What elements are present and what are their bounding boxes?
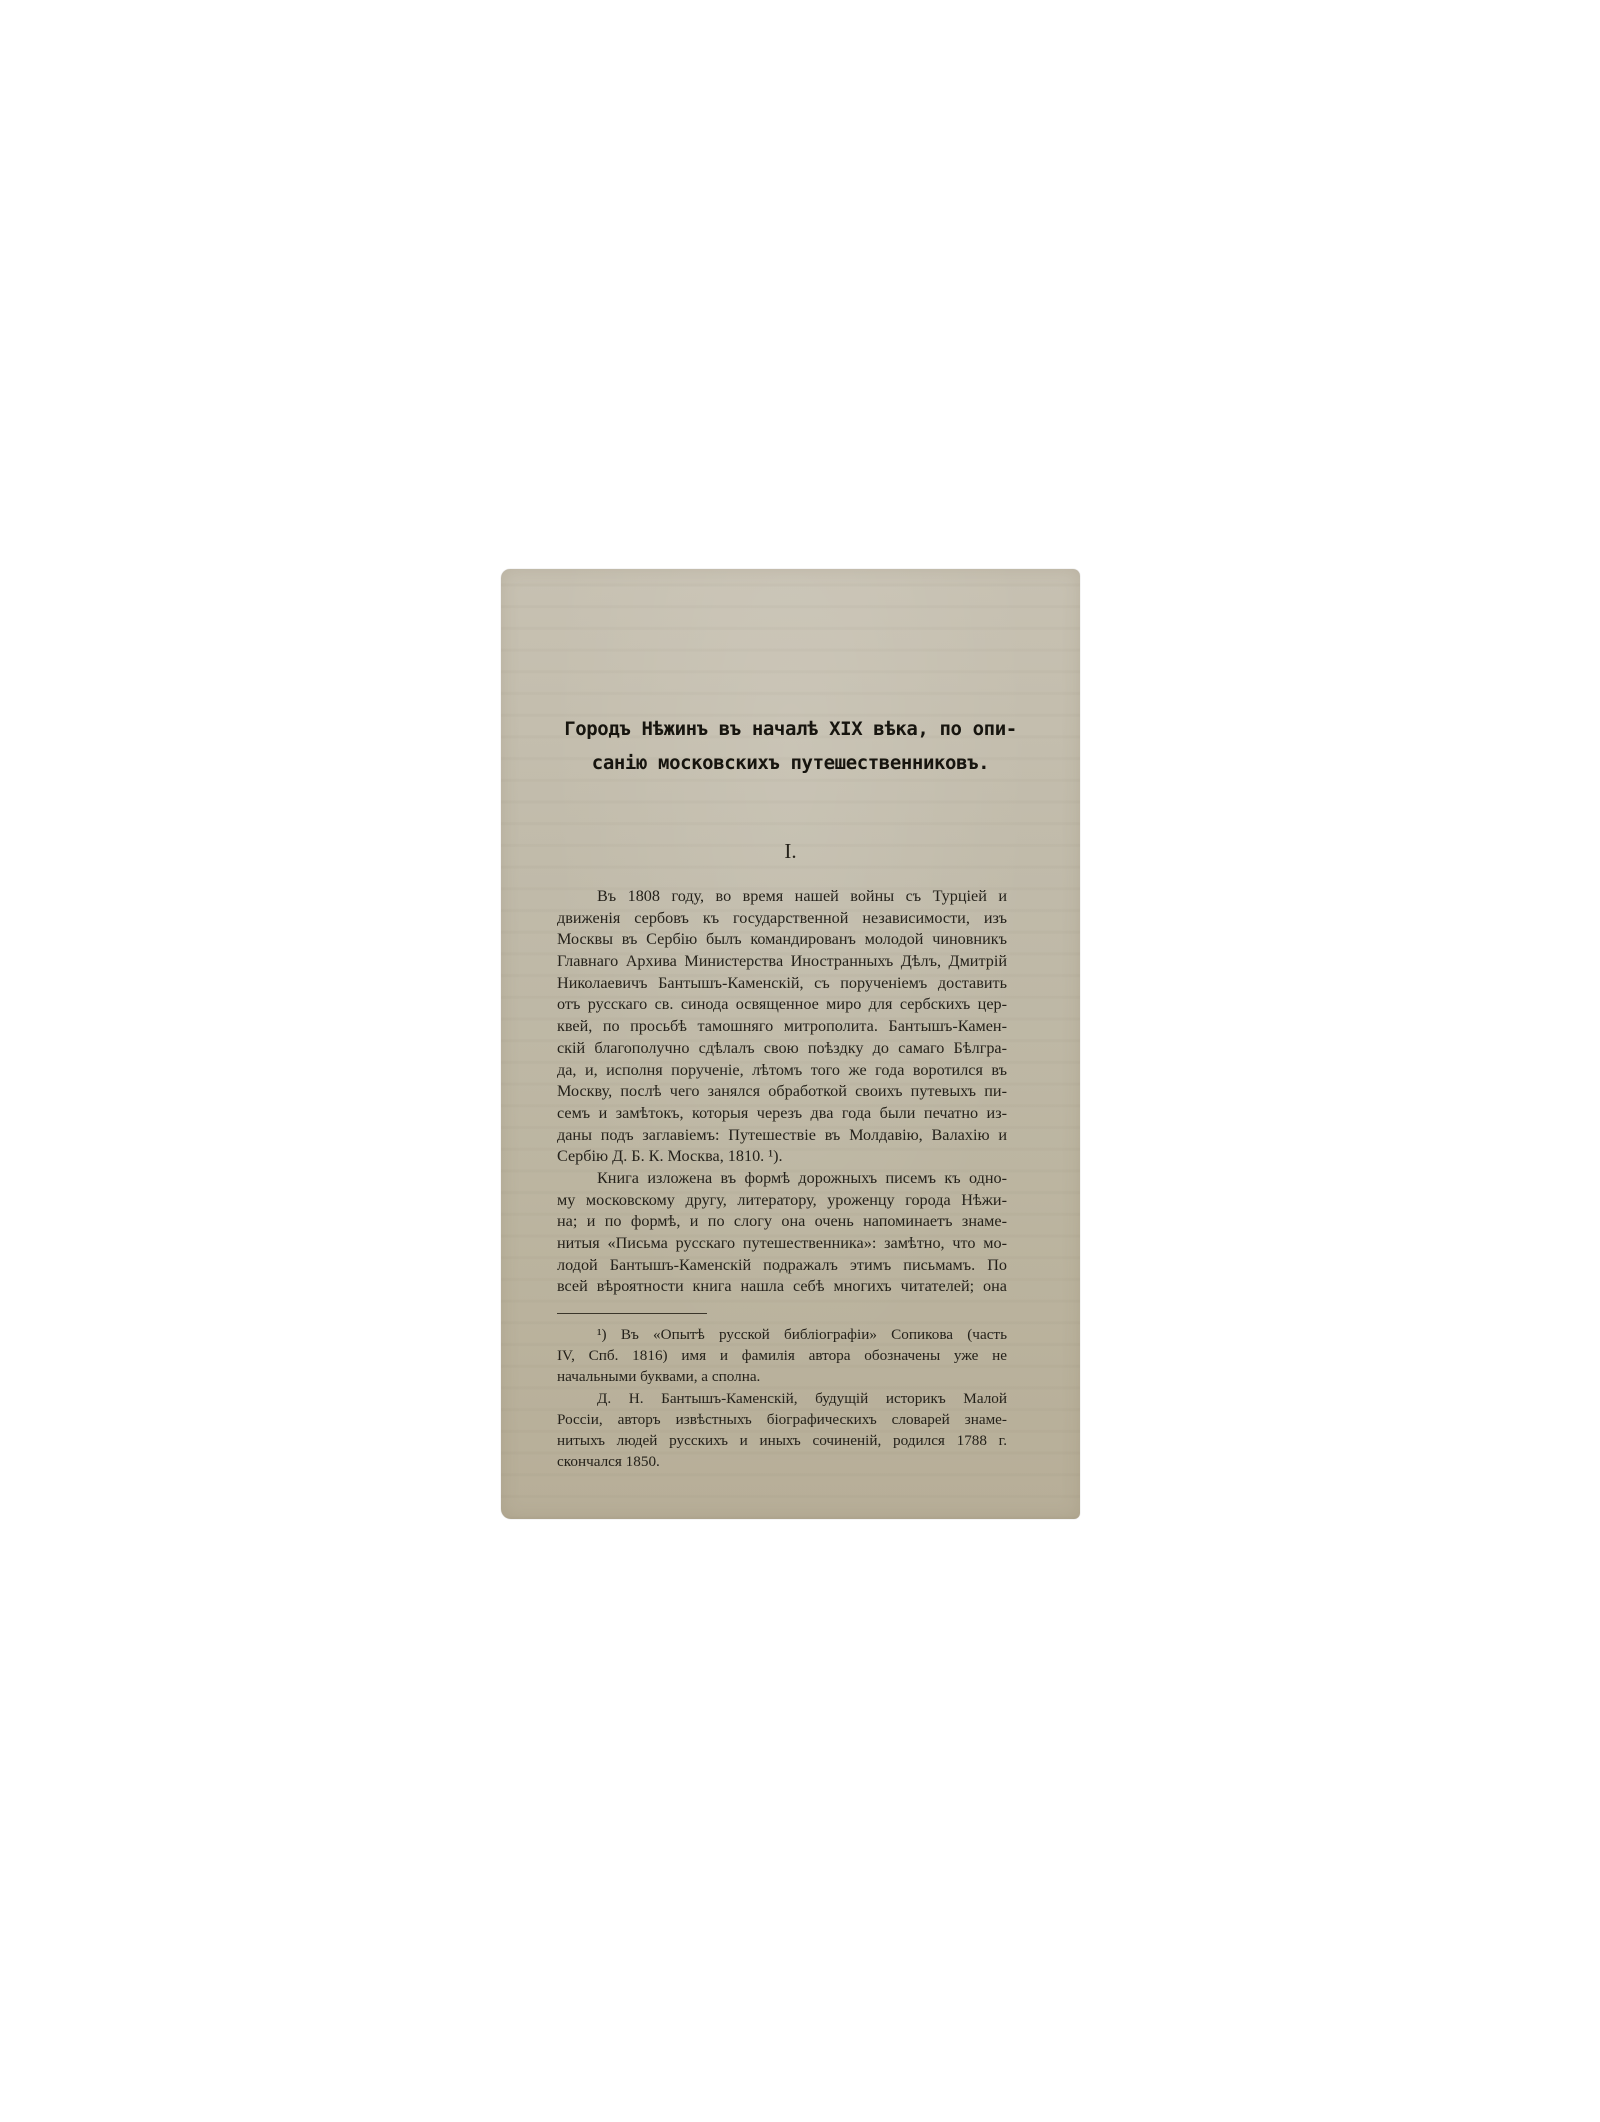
body-line: да, и, исполня порученіе, лѣтомъ того же… (557, 1060, 1007, 1082)
body-line: даны подъ заглавіемъ: Путешествіе въ Мол… (557, 1125, 1007, 1147)
body-line: отъ русскаго св. синода освященное миро … (557, 994, 1007, 1016)
footnote-line: Д. Н. Бантышъ-Каменскій, будущій историк… (557, 1388, 1007, 1409)
footnote-line: скончался 1850. (557, 1451, 1007, 1472)
footnote-line: IV, Спб. 1816) имя и фамилія автора обоз… (557, 1345, 1007, 1366)
chapter-title: Городъ Нѣжинъ въ началѣ XIX вѣка, по опи… (521, 712, 1060, 780)
footnote-rule (557, 1313, 707, 1314)
body-line: на; и по формѣ, и по слогу она очень нап… (557, 1211, 1007, 1233)
footnote-line: начальными буквами, а сполна. (557, 1366, 1007, 1387)
footnote-line: ¹) Въ «Опытѣ русской библіографіи» Сопик… (557, 1324, 1007, 1345)
body-line: Сербію Д. Б. К. Москва, 1810. ¹). (557, 1146, 1007, 1168)
body-line: нитыя «Письма русскаго путешественника»:… (557, 1233, 1007, 1255)
body-line: Николаевичъ Бантышъ-Каменскій, съ поруче… (557, 973, 1007, 995)
body-line: скій благополучно сдѣлалъ свою поѣздку д… (557, 1038, 1007, 1060)
body-line: лодой Бантышъ-Каменскій подражалъ этимъ … (557, 1255, 1007, 1277)
chapter-title-line-1: Городъ Нѣжинъ въ началѣ XIX вѣка, по опи… (521, 712, 1060, 746)
footnotes: ¹) Въ «Опытѣ русской библіографіи» Сопик… (557, 1324, 1007, 1472)
body-line: всей вѣроятности книга нашла себѣ многих… (557, 1276, 1007, 1298)
body-text: Въ 1808 году, во время нашей войны съ Ту… (557, 886, 1007, 1298)
body-line: семъ и замѣтокъ, которыя черезъ два года… (557, 1103, 1007, 1125)
body-line: движенія сербовъ къ государственной неза… (557, 908, 1007, 930)
footnote-line: Россіи, авторъ извѣстныхъ біографических… (557, 1409, 1007, 1430)
body-line: квей, по просьбѣ тамошняго митрополита. … (557, 1016, 1007, 1038)
body-line: Москву, послѣ чего занялся обработкой св… (557, 1081, 1007, 1103)
body-line: Книга изложена въ формѣ дорожныхъ писемъ… (557, 1168, 1007, 1190)
body-line: Москвы въ Сербію былъ командированъ моло… (557, 929, 1007, 951)
section-number: I. (501, 839, 1080, 864)
body-line: Въ 1808 году, во время нашей войны съ Ту… (557, 886, 1007, 908)
footnote-line: нитыхъ людей русскихъ и иныхъ сочиненій,… (557, 1430, 1007, 1451)
body-line: Главнаго Архива Министерства Иностранных… (557, 951, 1007, 973)
book-page: Городъ Нѣжинъ въ началѣ XIX вѣка, по опи… (501, 569, 1080, 1519)
chapter-title-line-2: санію московскихъ путешественниковъ. (521, 746, 1060, 780)
body-line: му московскому другу, литератору, урожен… (557, 1190, 1007, 1212)
